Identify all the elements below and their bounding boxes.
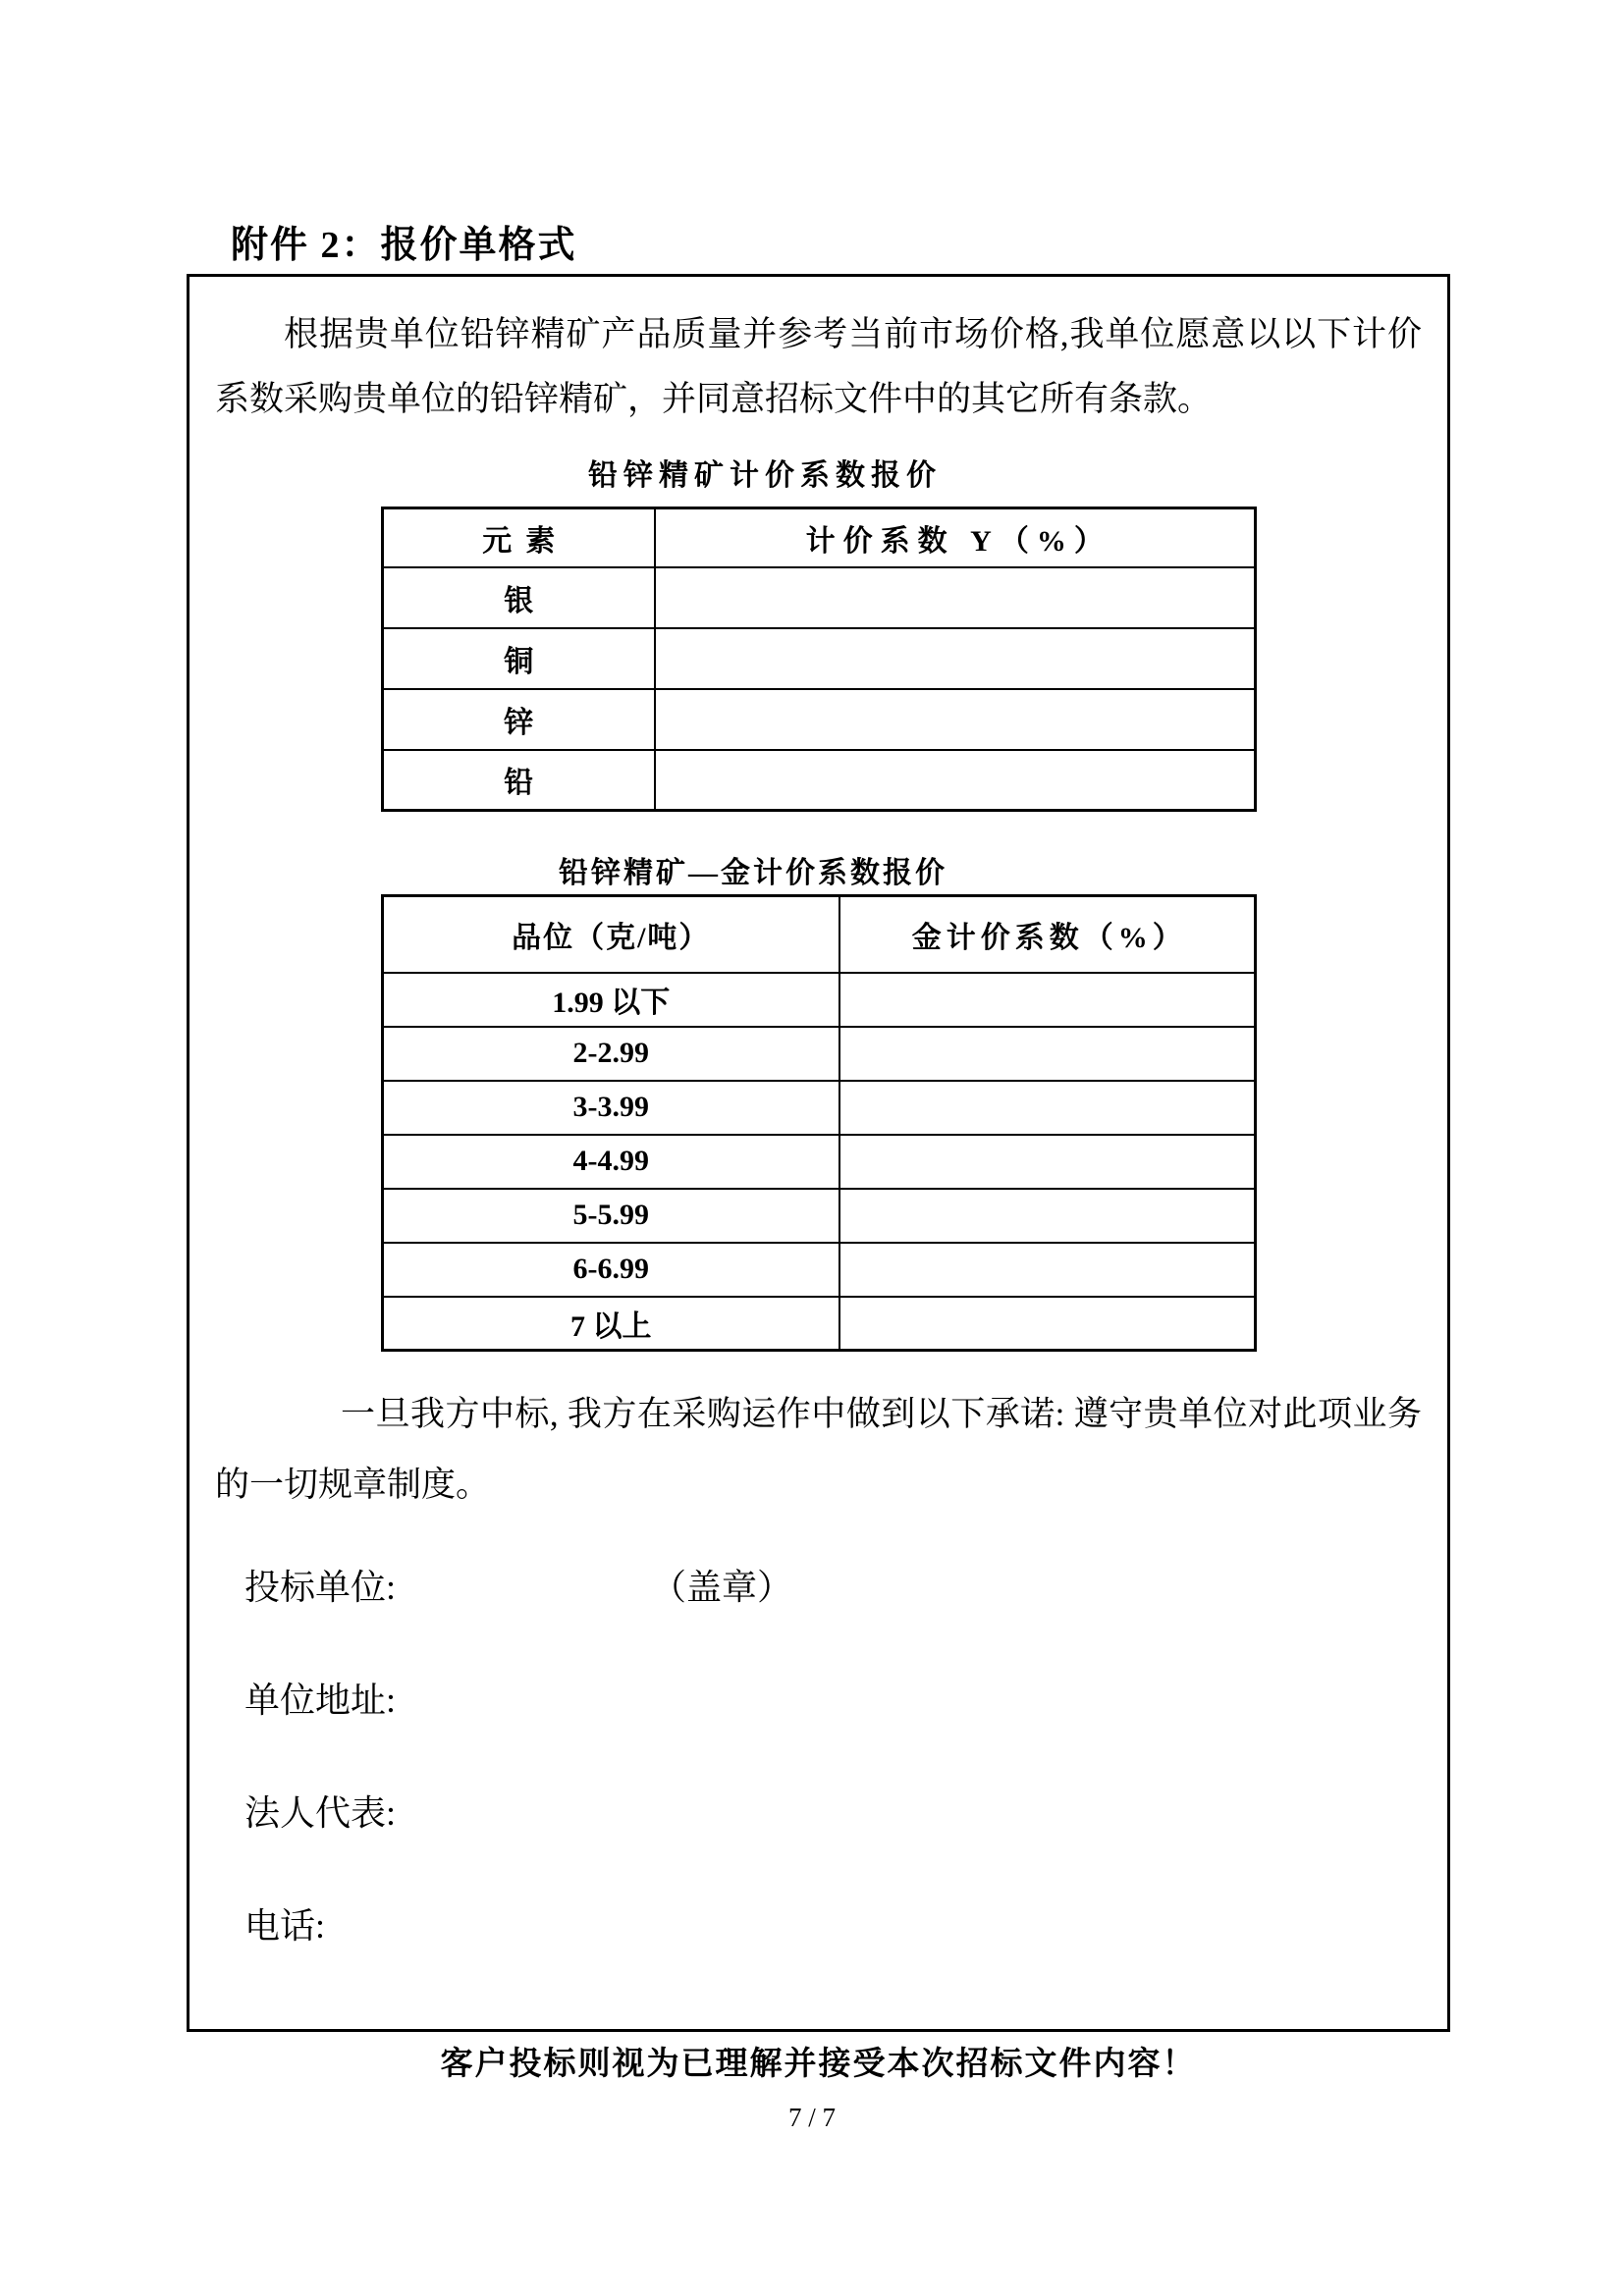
coefficient-value-cell	[655, 567, 1256, 628]
table-row: 3-3.99	[383, 1081, 1256, 1135]
table-row: 6-6.99	[383, 1243, 1256, 1297]
table2-title: 铅锌精矿—金计价系数报价	[559, 853, 1422, 894]
signature-fields: 投标单位:（盖章） 单位地址: 法人代表: 电话:	[244, 1560, 1422, 1953]
field-legal-representative: 法人代表:	[244, 1786, 1422, 1841]
page-number: 7 / 7	[0, 2103, 1624, 2133]
table-row: 铜	[383, 628, 1256, 689]
table-row: 4-4.99	[383, 1135, 1256, 1189]
table-row: 锌	[383, 689, 1256, 750]
field-unit-address: 单位地址:	[244, 1673, 1422, 1728]
grade-label: 2-2.99	[383, 1027, 839, 1081]
grade-label: 4-4.99	[383, 1135, 839, 1189]
element-label: 铅	[383, 750, 655, 811]
coefficient-value-cell	[655, 689, 1256, 750]
coefficient-value-cell	[655, 750, 1256, 811]
commitment-paragraph: 一旦我方中标, 我方在采购运作中做到以下承诺: 遵守贵单位对此项业务的一切规章制…	[215, 1379, 1422, 1521]
gold-coefficient-table: 品位（克/吨） 金计价系数（%） 1.99 以下 2-2.99 3-3.99 4…	[381, 894, 1257, 1352]
table-row: 7 以上	[383, 1297, 1256, 1351]
quotation-form-box: 根据贵单位铅锌精矿产品质量并参考当前市场价格,我单位愿意以以下计价系数采购贵单位…	[187, 274, 1450, 2032]
table1-header-coefficient: 计价系数 Y（%）	[655, 508, 1256, 567]
field-telephone: 电话:	[244, 1898, 1422, 1953]
table-row: 1.99 以下	[383, 973, 1256, 1027]
grade-label: 1.99 以下	[383, 973, 839, 1027]
gold-coefficient-value-cell	[839, 973, 1256, 1027]
table2-header-coefficient: 金计价系数（%）	[839, 896, 1256, 973]
table-row: 5-5.99	[383, 1189, 1256, 1243]
element-label: 锌	[383, 689, 655, 750]
grade-label: 7 以上	[383, 1297, 839, 1351]
seal-hint: （盖章）	[651, 1568, 792, 1607]
gold-coefficient-value-cell	[839, 1027, 1256, 1081]
table-row: 2-2.99	[383, 1027, 1256, 1081]
field-label: 法人代表:	[244, 1793, 396, 1833]
page-title: 附件 2：报价单格式	[231, 214, 577, 268]
table-row: 银	[383, 567, 1256, 628]
gold-coefficient-value-cell	[839, 1297, 1256, 1351]
field-label: 单位地址:	[244, 1681, 396, 1720]
table1-header-element: 元素	[383, 508, 655, 567]
field-label: 投标单位:	[244, 1568, 396, 1607]
grade-label: 3-3.99	[383, 1081, 839, 1135]
footer-note: 客户投标则视为已理解并接受本次招标文件内容！	[187, 2038, 1450, 2084]
table2-header-row: 品位（克/吨） 金计价系数（%）	[383, 896, 1256, 973]
intro-paragraph: 根据贵单位铅锌精矿产品质量并参考当前市场价格,我单位愿意以以下计价系数采购贵单位…	[215, 302, 1422, 432]
pricing-coefficient-table: 元素 计价系数 Y（%） 银 铜 锌 铅	[381, 507, 1257, 812]
table-row: 铅	[383, 750, 1256, 811]
table2-header-grade: 品位（克/吨）	[383, 896, 839, 973]
element-label: 铜	[383, 628, 655, 689]
table1-title: 铅锌精矿计价系数报价	[588, 455, 1422, 497]
document-page: 附件 2：报价单格式 根据贵单位铅锌精矿产品质量并参考当前市场价格,我单位愿意以…	[0, 0, 1624, 2296]
grade-label: 5-5.99	[383, 1189, 839, 1243]
gold-coefficient-value-cell	[839, 1081, 1256, 1135]
element-label: 银	[383, 567, 655, 628]
table1-header-row: 元素 计价系数 Y（%）	[383, 508, 1256, 567]
gold-coefficient-value-cell	[839, 1135, 1256, 1189]
gold-coefficient-value-cell	[839, 1189, 1256, 1243]
gold-coefficient-value-cell	[839, 1243, 1256, 1297]
field-bidder-unit: 投标单位:（盖章）	[244, 1560, 1422, 1615]
coefficient-value-cell	[655, 628, 1256, 689]
field-label: 电话:	[244, 1906, 325, 1946]
grade-label: 6-6.99	[383, 1243, 839, 1297]
